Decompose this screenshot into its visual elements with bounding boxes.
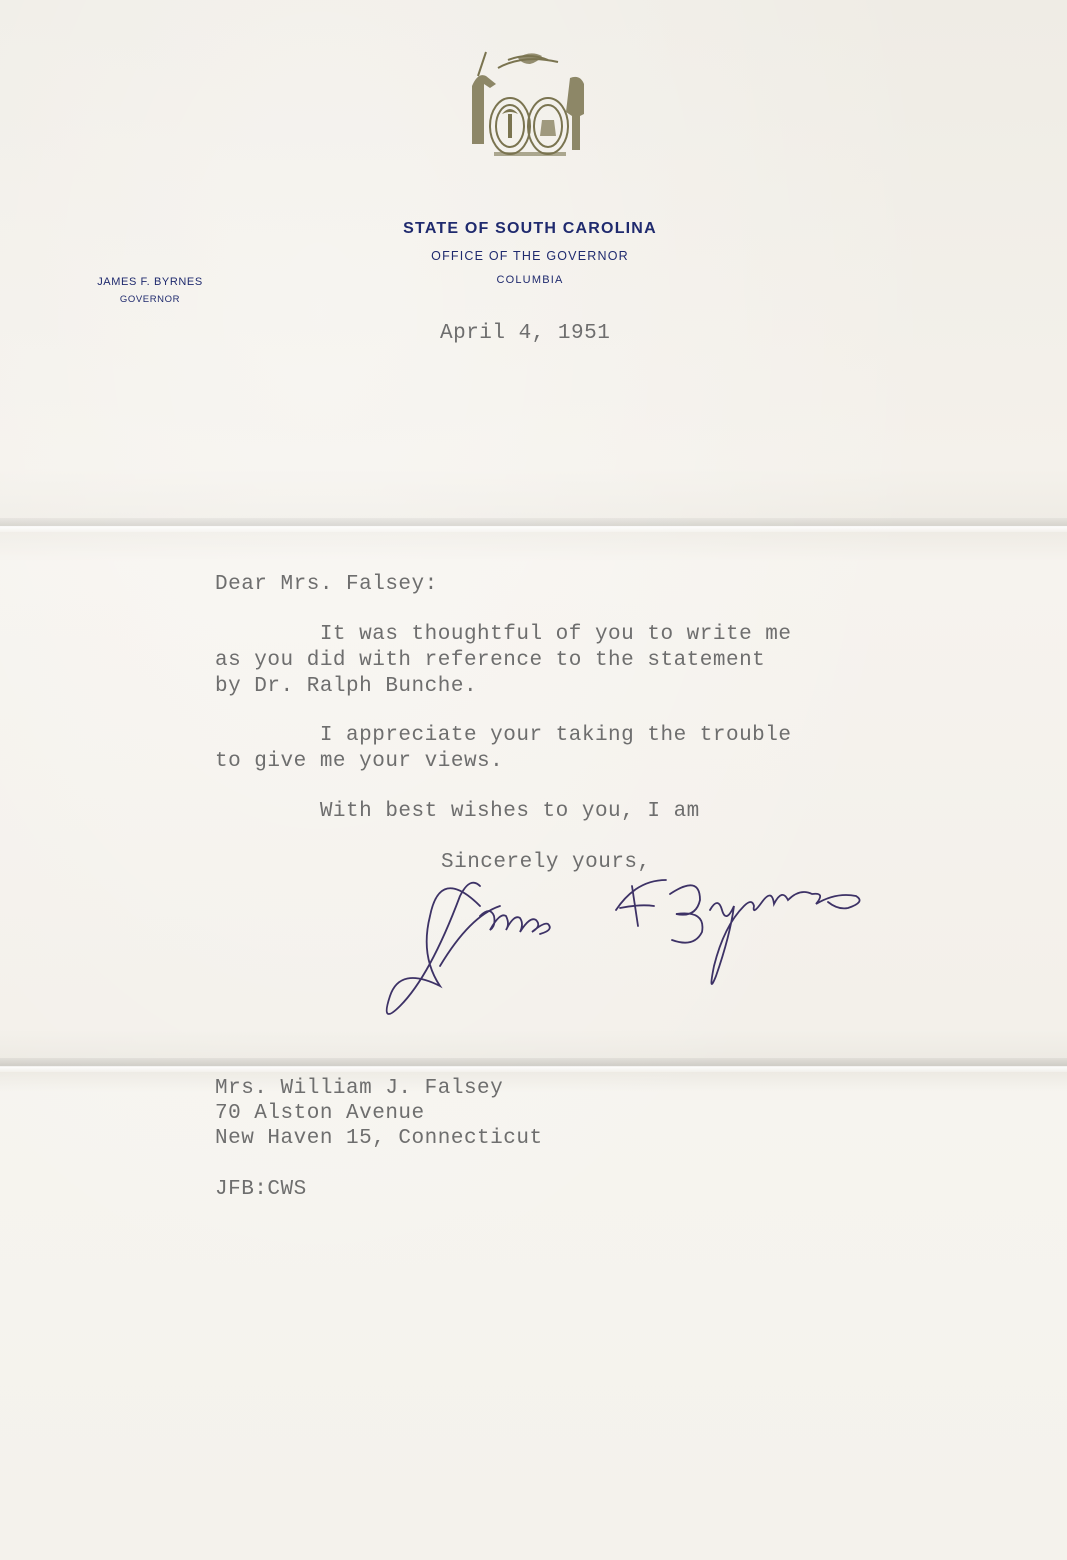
reference-initials: JFB:CWS bbox=[215, 1178, 307, 1201]
body-line: With best wishes to you, I am bbox=[215, 800, 700, 823]
body-line: as you did with reference to the stateme… bbox=[215, 649, 765, 672]
state-seal-icon bbox=[458, 46, 598, 166]
signature bbox=[370, 866, 940, 1016]
governor-name: JAMES F. BYRNES bbox=[60, 276, 240, 288]
body-line: to give me your views. bbox=[215, 750, 503, 773]
salutation: Dear Mrs. Falsey: bbox=[215, 573, 438, 596]
letterhead-state: STATE OF SOUTH CAROLINA bbox=[330, 220, 730, 238]
recipient-line: 70 Alston Avenue bbox=[215, 1102, 425, 1125]
recipient-line: Mrs. William J. Falsey bbox=[215, 1077, 503, 1100]
body-line: by Dr. Ralph Bunche. bbox=[215, 675, 477, 698]
paper-fold-lower bbox=[0, 1058, 1067, 1072]
letterhead-city: COLUMBIA bbox=[330, 274, 730, 286]
body-line: I appreciate your taking the trouble bbox=[215, 724, 792, 747]
paper-fold-upper bbox=[0, 518, 1067, 532]
body-line: It was thoughtful of you to write me bbox=[215, 623, 792, 646]
letter-date: April 4, 1951 bbox=[440, 322, 610, 345]
letterhead-office: OFFICE OF THE GOVERNOR bbox=[330, 249, 730, 263]
governor-title: GOVERNOR bbox=[60, 294, 240, 305]
recipient-line: New Haven 15, Connecticut bbox=[215, 1127, 543, 1150]
